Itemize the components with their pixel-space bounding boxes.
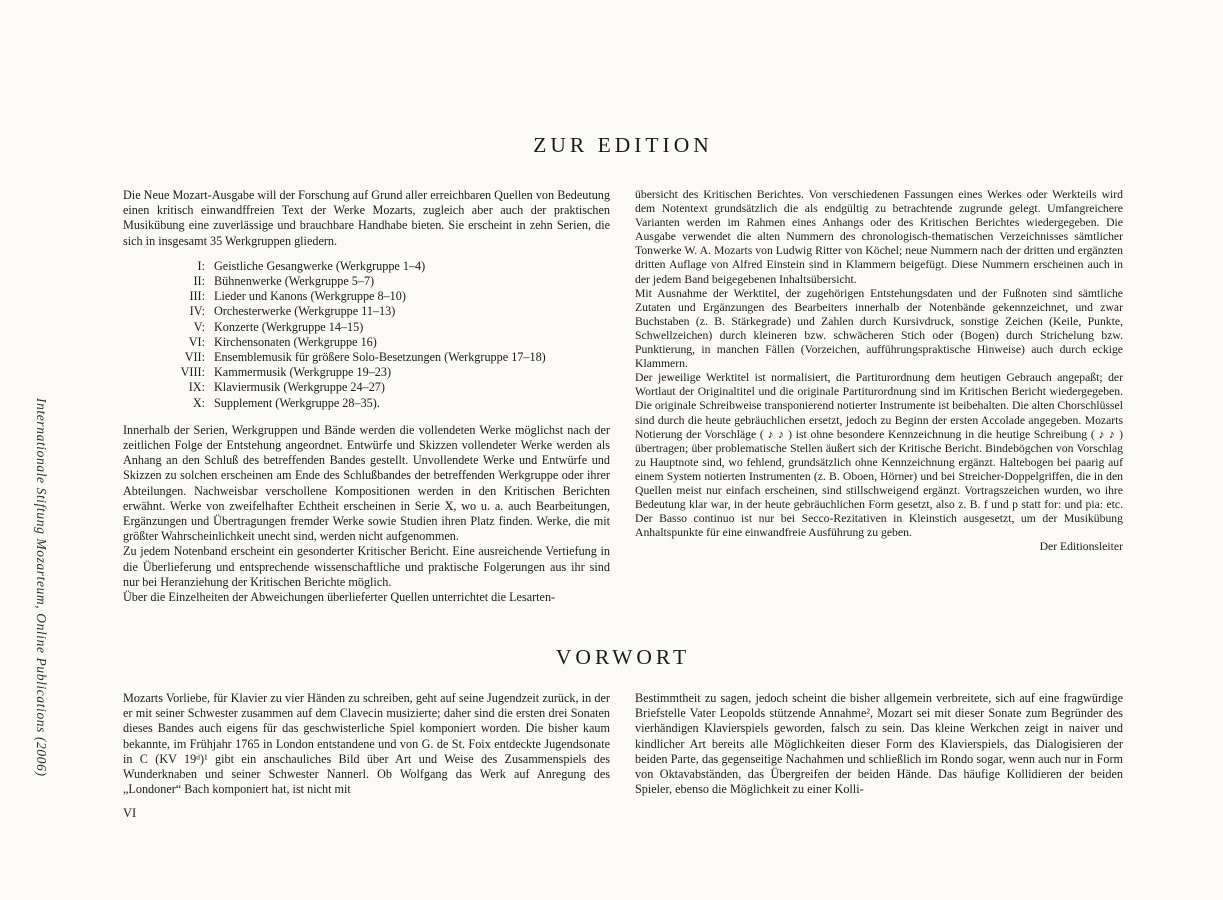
- series-label: Orchesterwerke (Werkgruppe 11–13): [214, 304, 610, 319]
- vorwort-left-column: Mozarts Vorliebe, für Klavier zu vier Hä…: [123, 691, 610, 813]
- zur-edition-right-column: übersicht des Kritischen Berichtes. Von …: [635, 188, 1123, 640]
- series-list: I: Geistliche Gesangwerke (Werkgruppe 1–…: [123, 259, 610, 411]
- series-list-item: IX: Klaviermusik (Werkgruppe 24–27): [123, 380, 610, 395]
- series-list-item: V: Konzerte (Werkgruppe 14–15): [123, 320, 610, 335]
- series-numeral: V:: [123, 320, 214, 335]
- scanned-book-page: Internationale Stiftung Mozarteum, Onlin…: [0, 0, 1223, 900]
- series-numeral: VII:: [123, 350, 214, 365]
- series-label: Klaviermusik (Werkgruppe 24–27): [214, 380, 610, 395]
- zur-edition-right-paragraph-2: Mit Ausnahme der Werktitel, der zugehöri…: [635, 287, 1123, 372]
- zur-edition-title: ZUR EDITION: [123, 133, 1123, 158]
- series-list-item: I: Geistliche Gesangwerke (Werkgruppe 1–…: [123, 259, 610, 274]
- series-numeral: II:: [123, 274, 214, 289]
- vorwort-right-paragraph-1: Bestimmtheit zu sagen, jedoch scheint di…: [635, 691, 1123, 797]
- series-numeral: I:: [123, 259, 214, 274]
- series-label: Ensemblemusik für größere Solo-Besetzung…: [214, 350, 610, 365]
- series-list-item: X: Supplement (Werkgruppe 28–35).: [123, 396, 610, 411]
- series-numeral: III:: [123, 289, 214, 304]
- series-list-item: VI: Kirchensonaten (Werkgruppe 16): [123, 335, 610, 350]
- series-numeral: VI:: [123, 335, 214, 350]
- vorwort-left-paragraph-1: Mozarts Vorliebe, für Klavier zu vier Hä…: [123, 691, 610, 797]
- series-numeral: X:: [123, 396, 214, 411]
- series-list-item: VII: Ensemblemusik für größere Solo-Bese…: [123, 350, 610, 365]
- series-numeral: VIII:: [123, 365, 214, 380]
- vorwort-title: VORWORT: [123, 645, 1123, 670]
- series-list-item: II: Bühnenwerke (Werkgruppe 5–7): [123, 274, 610, 289]
- zur-edition-columns: Die Neue Mozart-Ausgabe will der Forschu…: [123, 188, 1123, 640]
- series-label: Konzerte (Werkgruppe 14–15): [214, 320, 610, 335]
- series-list-item: IV: Orchesterwerke (Werkgruppe 11–13): [123, 304, 610, 319]
- series-list-item: VIII: Kammermusik (Werkgruppe 19–23): [123, 365, 610, 380]
- zur-edition-right-paragraph-1: übersicht des Kritischen Berichtes. Von …: [635, 188, 1123, 287]
- series-label: Bühnenwerke (Werkgruppe 5–7): [214, 274, 610, 289]
- series-numeral: IV:: [123, 304, 214, 319]
- zur-edition-left-paragraph-1: Die Neue Mozart-Ausgabe will der Forschu…: [123, 188, 610, 249]
- vorwort-right-column: Bestimmtheit zu sagen, jedoch scheint di…: [635, 691, 1123, 813]
- zur-edition-right-paragraph-3: Der jeweilige Werktitel ist normalisiert…: [635, 371, 1123, 540]
- series-numeral: IX:: [123, 380, 214, 395]
- zur-edition-left-paragraph-2: Innerhalb der Serien, Werkgruppen und Bä…: [123, 423, 610, 545]
- editor-signature: Der Editionsleiter: [635, 540, 1123, 554]
- series-label: Geistliche Gesangwerke (Werkgruppe 1–4): [214, 259, 610, 274]
- series-label: Kirchensonaten (Werkgruppe 16): [214, 335, 610, 350]
- zur-edition-left-paragraph-3: Zu jedem Notenband erscheint ein gesonde…: [123, 544, 610, 590]
- series-label: Supplement (Werkgruppe 28–35).: [214, 396, 610, 411]
- zur-edition-left-column: Die Neue Mozart-Ausgabe will der Forschu…: [123, 188, 610, 640]
- margin-stamp: Internationale Stiftung Mozarteum, Onlin…: [33, 398, 49, 898]
- vorwort-columns: Mozarts Vorliebe, für Klavier zu vier Hä…: [123, 691, 1123, 813]
- series-list-item: III: Lieder und Kanons (Werkgruppe 8–10): [123, 289, 610, 304]
- series-label: Lieder und Kanons (Werkgruppe 8–10): [214, 289, 610, 304]
- zur-edition-left-paragraph-4: Über die Einzelheiten der Abweichungen ü…: [123, 590, 610, 605]
- series-label: Kammermusik (Werkgruppe 19–23): [214, 365, 610, 380]
- page-number: VI: [123, 806, 136, 821]
